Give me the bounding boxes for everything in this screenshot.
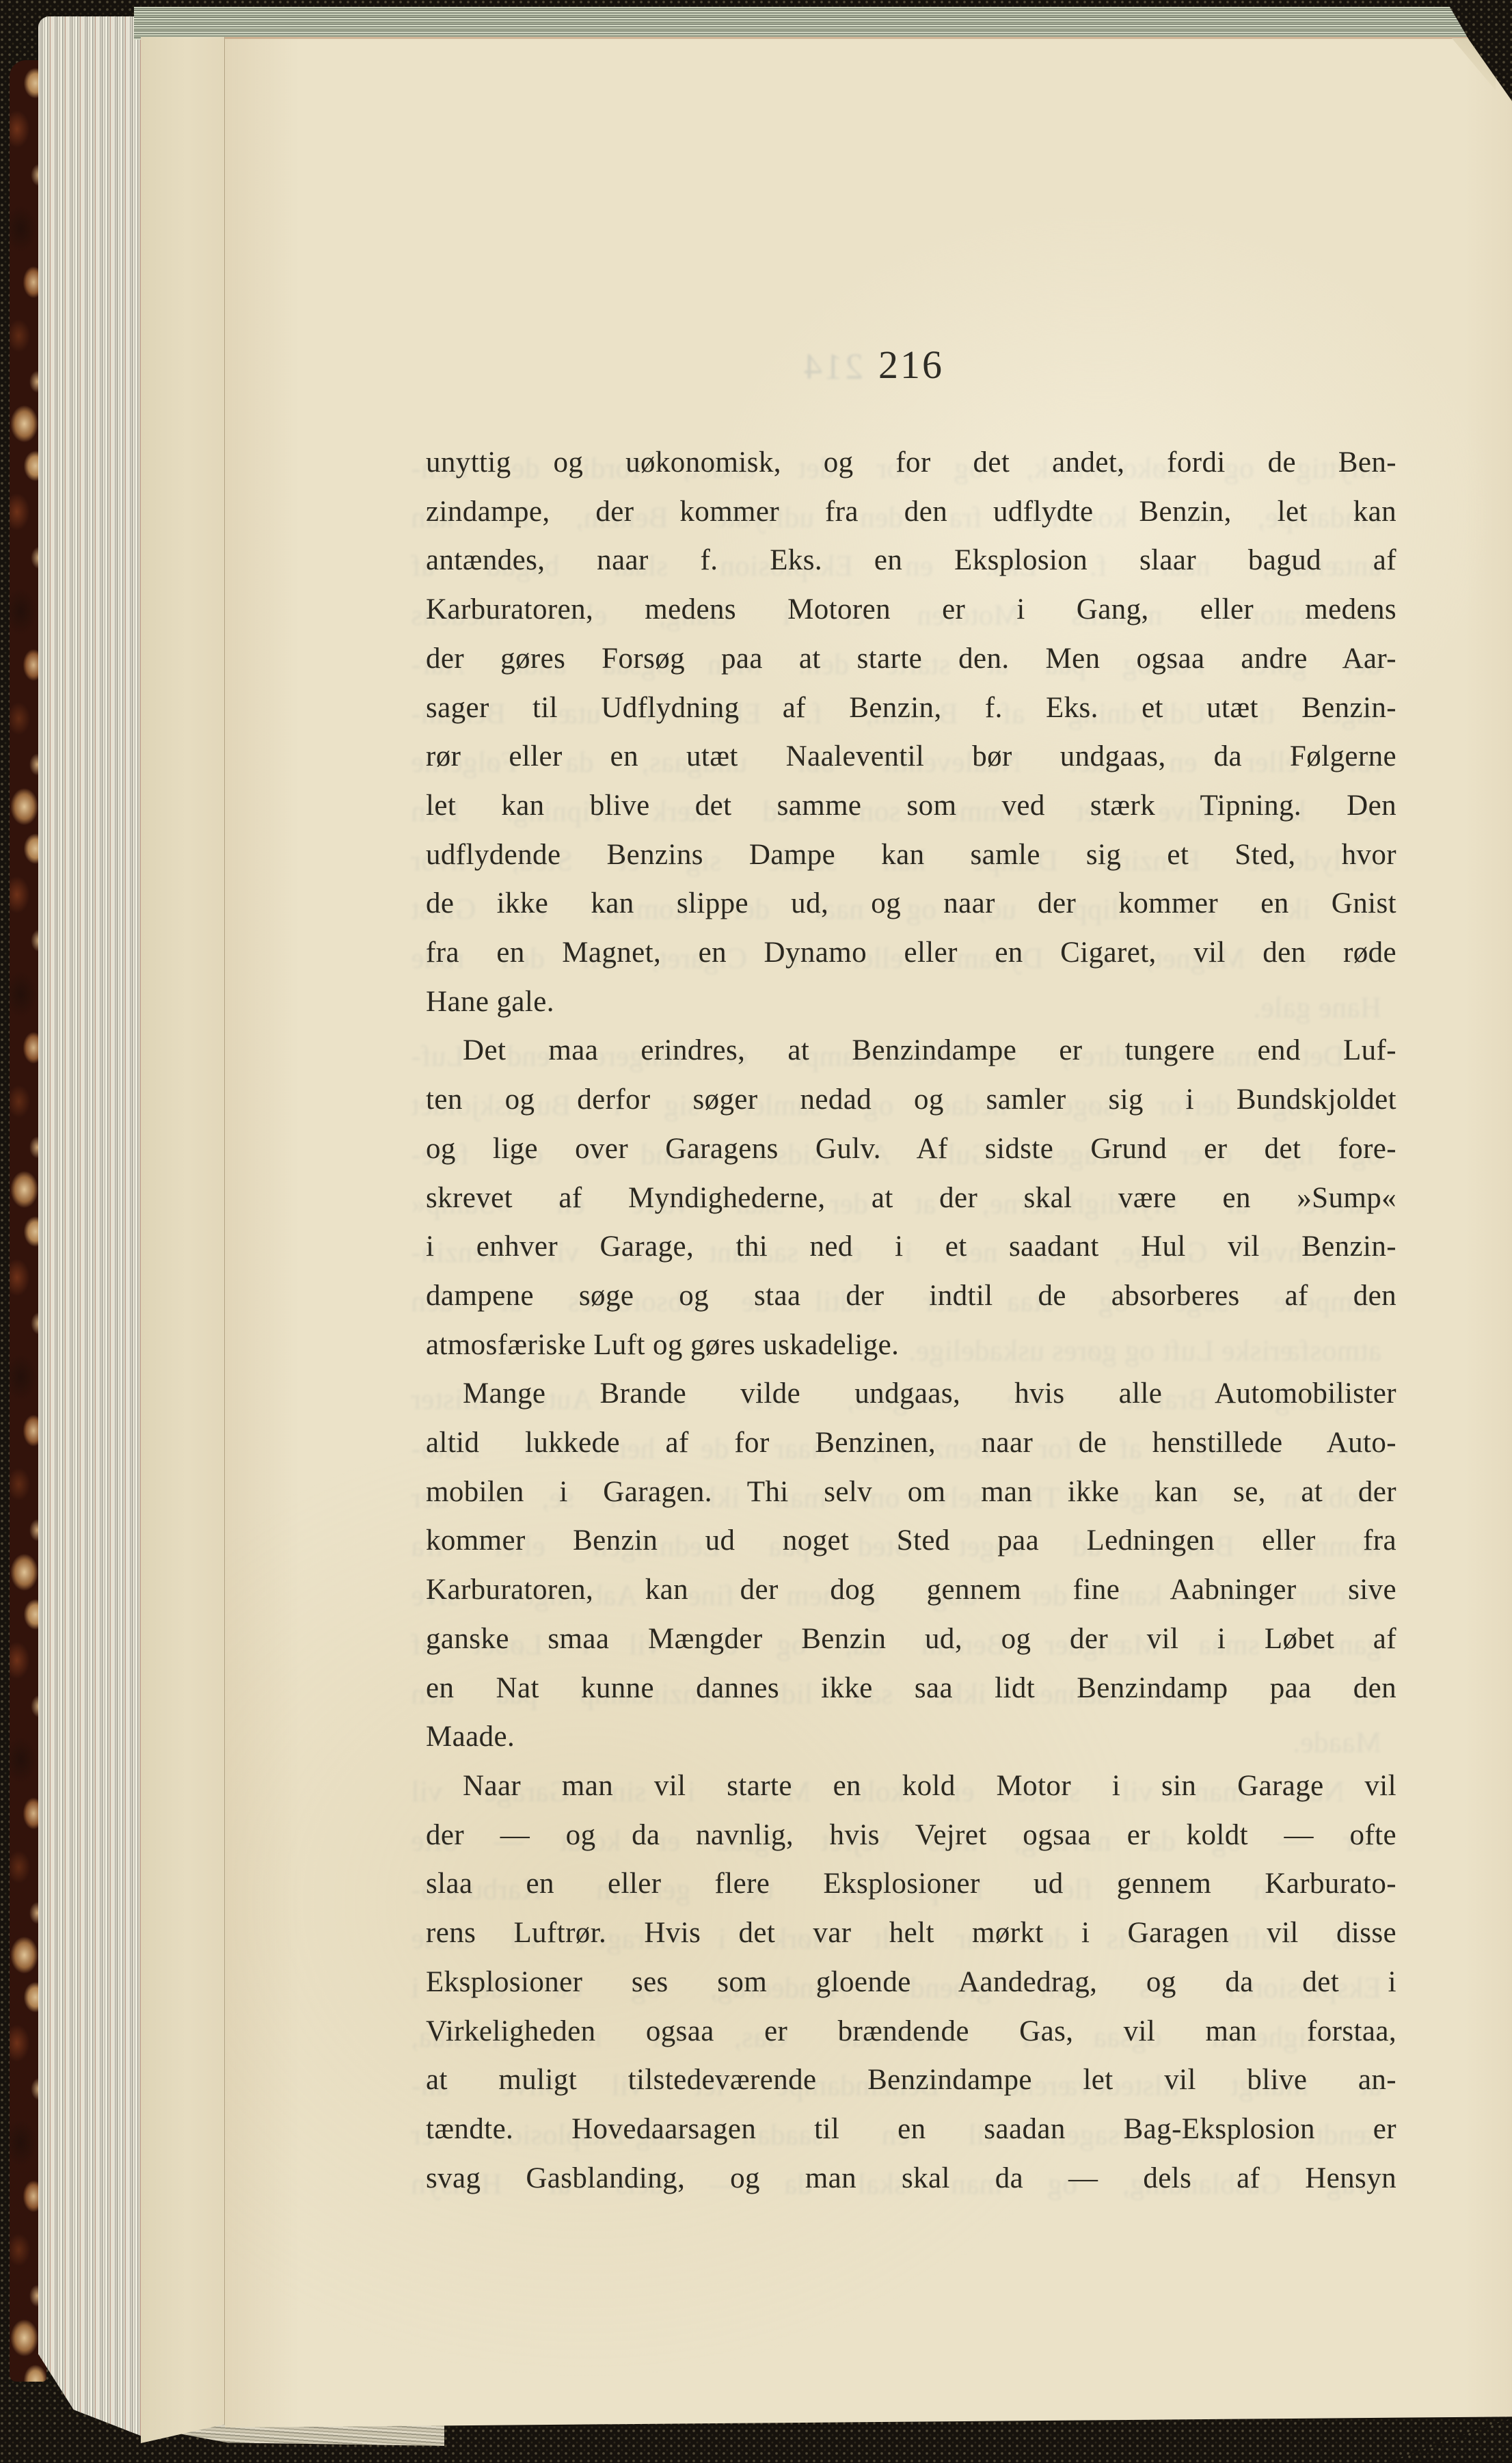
text-line: Det maa erindres, at Benzindampe er tung… — [426, 1026, 1396, 1075]
text-line: Virkeligheden ogsaa er brændende Gas, vi… — [426, 2007, 1396, 2056]
text-line: altid lukkede af for Benzinen, naar de h… — [426, 1418, 1396, 1468]
text-line: Karburatoren, kan der dog gennem fine Aa… — [426, 1565, 1396, 1615]
text-line: unyttig og uøkonomisk, og for det andet,… — [426, 438, 1396, 487]
text-line: fra en Magnet, en Dynamo eller en Cigare… — [426, 928, 1396, 978]
text-line: i enhver Garage, thi ned i et saadant Hu… — [426, 1222, 1396, 1271]
text-line: en Nat kunne dannes ikke saa lidt Benzin… — [426, 1664, 1396, 1713]
scanned-book-photo: 214 216 unyttig og uøkonomisk, og for de… — [0, 0, 1512, 2463]
text-block: unyttig og uøkonomisk, og for det andet,… — [426, 438, 1396, 2203]
text-line: og lige over Garagens Gulv. Af sidste Gr… — [426, 1125, 1396, 1174]
text-line: ten og derfor søger nedad og samler sig … — [426, 1075, 1396, 1125]
text-line: de ikke kan slippe ud, og naar der komme… — [426, 879, 1396, 928]
page-edges-top — [134, 7, 1467, 40]
text-line: zindampe, der kommer fra den udflydte Be… — [426, 487, 1396, 537]
text-line: atmosfæriske Luft og gøres uskadelige. — [426, 1321, 1396, 1370]
text-line: let kan blive det samme som ved stærk Ti… — [426, 781, 1396, 831]
text-line: rør eller en utæt Naaleventil bør undgaa… — [426, 732, 1396, 781]
text-line: slaa en eller flere Eksplosioner ud genn… — [426, 1859, 1396, 1909]
text-line: antændes, naar f. Eks. en Eksplosion sla… — [426, 536, 1396, 585]
text-line: ganske smaa Mængder Benzin ud, og der vi… — [426, 1615, 1396, 1664]
text-line: mobilen i Garagen. Thi selv om man ikke … — [426, 1468, 1396, 1517]
page-edges-left — [38, 16, 142, 2436]
underlying-page-edge — [141, 37, 226, 2443]
text-line: sager til Udflydning af Benzin, f. Eks. … — [426, 684, 1396, 733]
fabric-corner-bottom-right — [1385, 2417, 1512, 2463]
text-line: kommer Benzin ud noget Sted paa Ledninge… — [426, 1516, 1396, 1565]
text-line: svag Gasblanding, og man skal da — dels … — [426, 2154, 1396, 2203]
text-line: der — og da navnlig, hvis Vejret ogsaa e… — [426, 1811, 1396, 1860]
text-line: Mange Brande vilde undgaas, hvis alle Au… — [426, 1369, 1396, 1418]
book-page: 214 216 unyttig og uøkonomisk, og for de… — [225, 37, 1512, 2427]
text-line: Karburatoren, medens Motoren er i Gang, … — [426, 585, 1396, 634]
showthrough-page-number: 214 — [347, 348, 1318, 385]
text-line: der gøres Forsøg paa at starte den. Men … — [426, 634, 1396, 684]
text-line: tændte. Hovedaarsagen til en saadan Bag-… — [426, 2105, 1396, 2154]
text-line: udflydende Benzins Dampe kan samle sig e… — [426, 831, 1396, 880]
text-line: rens Luftrør. Hvis det var helt mørkt i … — [426, 1909, 1396, 1958]
text-line: skrevet af Myndighederne, at der skal væ… — [426, 1174, 1396, 1223]
text-line: Maade. — [426, 1712, 1396, 1762]
text-line: Eksplosioner ses som gloende Aandedrag, … — [426, 1958, 1396, 2007]
text-line: Hane gale. — [426, 978, 1396, 1027]
text-line: dampene søge og staa der indtil de absor… — [426, 1271, 1396, 1321]
text-line: Naar man vil starte en kold Motor i sin … — [426, 1762, 1396, 1811]
text-line: at muligt tilstedeværende Benzindampe le… — [426, 2056, 1396, 2105]
